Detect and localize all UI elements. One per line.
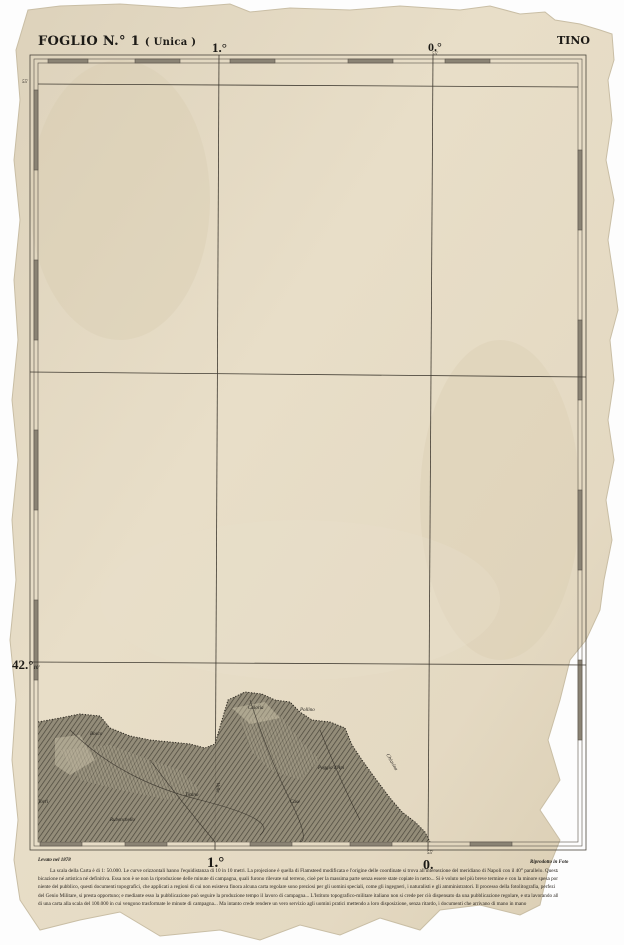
- latitude-label-42: 42.°10': [12, 657, 40, 673]
- map-sheet: FOGLIO N.° 1 ( Unica ) TINO 1.° 0.° 55' …: [0, 0, 624, 945]
- paper-background: [0, 0, 624, 945]
- minute-tick-left: 55': [22, 80, 28, 85]
- minute-tick-bottom: 55': [427, 851, 433, 856]
- place-label: Caloria: [248, 706, 264, 711]
- latitude-degree: 42.°: [12, 657, 33, 672]
- longitude-label-top-1: 1.°: [212, 40, 227, 56]
- place-label: Torri: [38, 800, 48, 805]
- footer-line: La scala della Carta è di 1: 50.000. Le …: [38, 867, 558, 875]
- sheet-number: FOGLIO N.° 1: [38, 34, 140, 49]
- minute-tick-top: 55': [432, 52, 438, 57]
- place-label: Case: [290, 800, 300, 805]
- place-label: Poggio d'Api: [318, 766, 344, 771]
- place-label: Rubenchello: [110, 818, 135, 823]
- footer-line: del Genio Militare, si presta opportuno;…: [38, 892, 558, 900]
- map-explanatory-text: La scala della Carta è di 1: 50.000. Le …: [38, 867, 558, 908]
- footer-line: niente del pubblico, questi documenti to…: [38, 883, 558, 891]
- footer-line: bicazione né artistica né definitiva. Es…: [38, 875, 558, 883]
- sheet-subtitle: ( Unica ): [145, 37, 196, 48]
- sheet-name: TINO: [557, 34, 590, 47]
- survey-date-note: Levato nel 1878: [38, 858, 71, 863]
- reproduction-note: Riprodotto in Foto: [530, 860, 568, 865]
- sheet-title: FOGLIO N.° 1 ( Unica ): [38, 34, 196, 49]
- footer-line: di una carta alla scala del 100.000 in c…: [38, 900, 558, 908]
- place-label: Bosco: [90, 732, 102, 737]
- place-label: Tirano: [185, 793, 198, 798]
- latitude-minute: 10': [33, 666, 39, 671]
- place-label: Pollino: [300, 708, 315, 713]
- place-label: Valle: [215, 783, 220, 793]
